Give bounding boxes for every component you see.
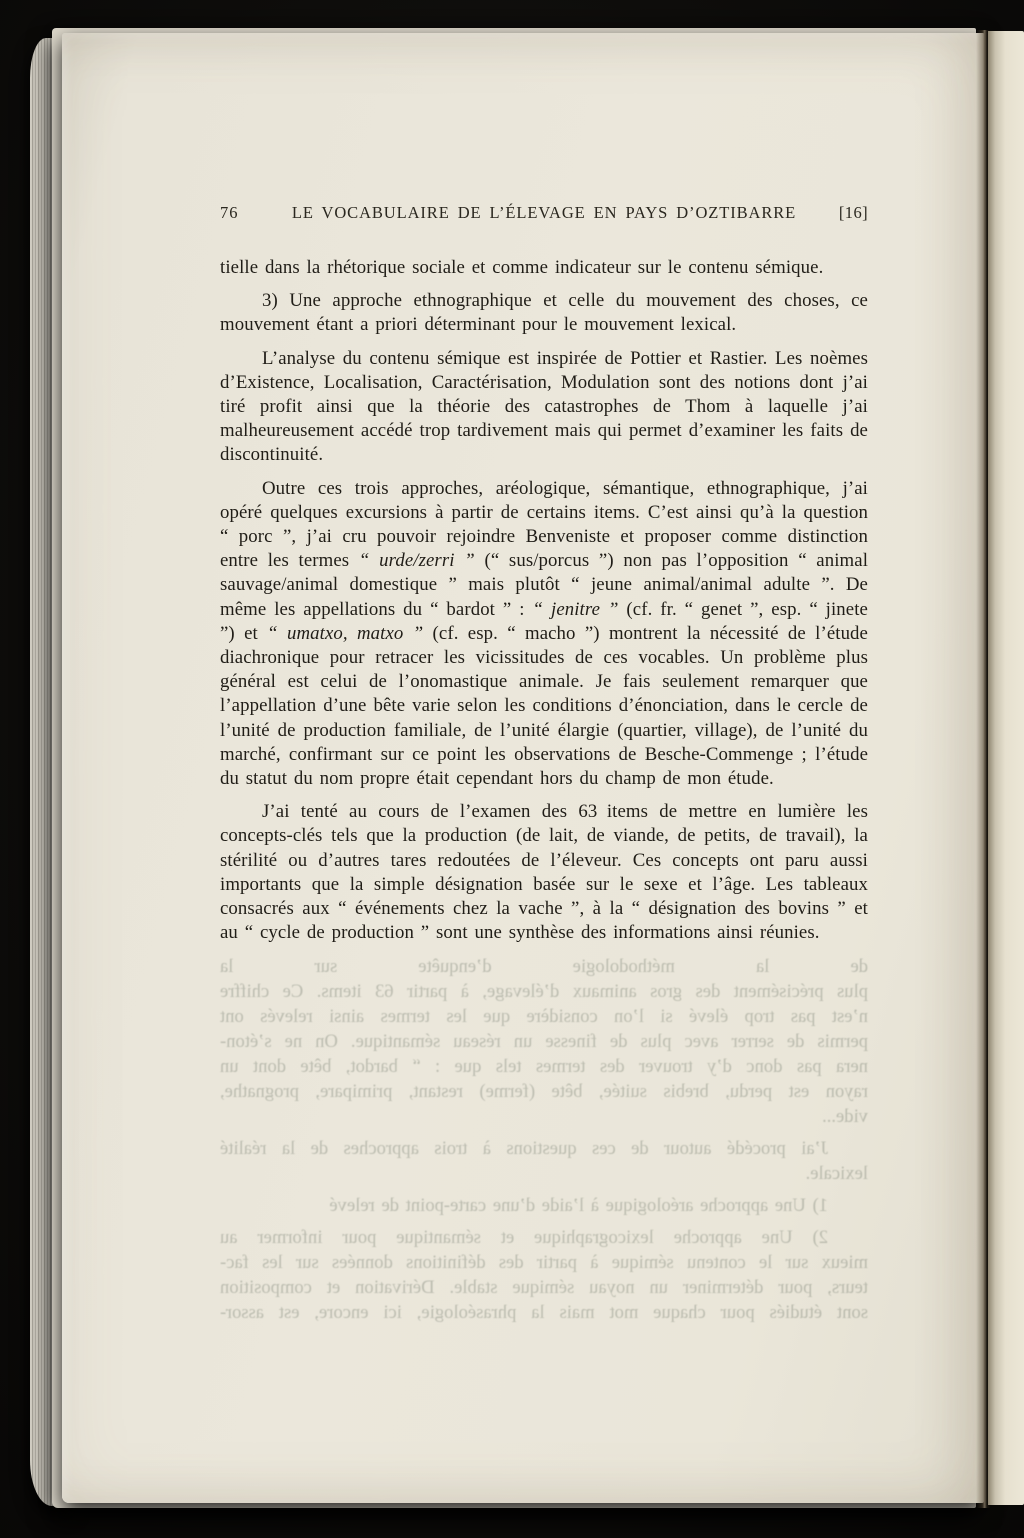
paragraph: L’analyse du contenu sémique est inspiré… [220,347,868,468]
bleedthrough-line: teurs, pour déterminer un noyau sémique … [220,1275,868,1300]
verso-bleedthrough: de la méthodologie d’enquête sur laplus … [220,954,868,1325]
bleedthrough-line: nera pas donc d’y trouver des termes tel… [220,1054,868,1079]
text-run: (cf. esp. “ macho ”) montrent la nécessi… [220,623,868,789]
page-content: 76 LE VOCABULAIRE DE L’ÉLEVAGE EN PAYS D… [220,203,868,1325]
book-photo-scene: 76 LE VOCABULAIRE DE L’ÉLEVAGE EN PAYS D… [0,0,1024,1538]
book-page: 76 LE VOCABULAIRE DE L’ÉLEVAGE EN PAYS D… [62,33,984,1503]
text-run: 3) Une approche ethnographique et celle … [220,290,868,335]
paragraph: J’ai tenté au cours de l’examen des 63 i… [220,800,868,945]
bleedthrough-line: lexicale. [220,1161,868,1186]
bleedthrough-line: 2) Une approche lexicographique et séman… [220,1225,868,1250]
text-run: tielle dans la rhétorique sociale et com… [220,257,823,278]
bleedthrough-line: plus précisément des gros animaux d’élev… [220,979,868,1004]
body-text: tielle dans la rhétorique sociale et com… [220,256,868,945]
bleedthrough-line: rayon est perdu, brebis suitée, bête (fe… [220,1079,868,1104]
paragraph: 3) Une approche ethnographique et celle … [220,289,868,337]
italic-term: “ urde/zerri ” [359,550,475,571]
bleedthrough-line: de la méthodologie d’enquête sur la [220,954,868,979]
text-run: L’analyse du contenu sémique est inspiré… [220,348,868,466]
paragraph: tielle dans la rhétorique sociale et com… [220,256,868,280]
page-number: 76 [220,203,290,223]
text-run: J’ai tenté au cours de l’examen des 63 i… [220,801,868,943]
bleedthrough-line: sont étudiés pour chaque mot mais la phr… [220,1300,868,1325]
running-head: 76 LE VOCABULAIRE DE L’ÉLEVAGE EN PAYS D… [220,203,868,223]
bleedthrough-line: 1) Une approche aréologique à l’aide d’u… [220,1193,868,1218]
running-title: LE VOCABULAIRE DE L’ÉLEVAGE EN PAYS D’OZ… [290,203,798,223]
bleedthrough-line: vide... [220,1104,868,1129]
italic-term: “ umatxo, matxo ” [267,623,423,644]
bleedthrough-line: n’est pas trop élevé si l’on considère q… [220,1004,868,1029]
bleedthrough-line: J’ai procédé autour de ces questions à t… [220,1136,868,1161]
bleedthrough-line: permis de serrer avec plus de finesse un… [220,1029,868,1054]
italic-term: “ jenitre ” [533,599,619,620]
facing-page-sliver [988,31,1024,1505]
bleedthrough-line: mieux sur le contenu sémique à partir de… [220,1250,868,1275]
bracket-folio: [16] [798,203,868,223]
paragraph: Outre ces trois approches, aréologique, … [220,477,868,792]
